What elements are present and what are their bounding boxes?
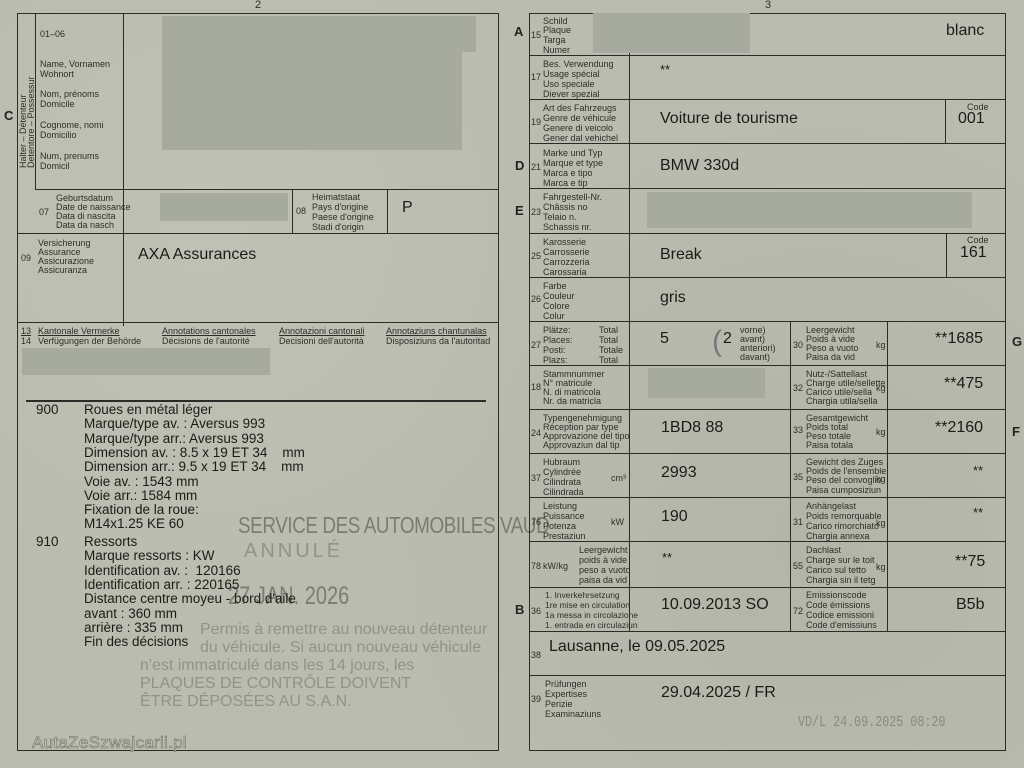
annotation-sub-de: Verfügungen der Behörde: [38, 336, 141, 346]
plate-label: Numer: [543, 45, 570, 55]
total-weight-value: **2160: [935, 419, 983, 437]
inspections-label: Perizie: [545, 699, 573, 709]
special-use-value: **: [660, 62, 670, 77]
annotation-header-it: Annotazioni cantonali: [279, 326, 365, 336]
page-number-right: 3: [765, 0, 771, 11]
payload-value: **475: [944, 375, 983, 393]
place-date-value: Lausanne, le 09.05.2025: [549, 638, 725, 656]
stamp-notice-line: du véhicule. Si aucun nouveau véhicule: [200, 639, 481, 657]
decision-code: 900: [36, 403, 59, 417]
side-letter-g: G: [1012, 334, 1022, 349]
decision-line: Voie av. : 1543 mm: [84, 475, 199, 489]
color-value: gris: [660, 289, 686, 307]
divider: [529, 453, 1006, 454]
empty-weight-number: 30: [793, 340, 803, 350]
make-model-number: 21: [531, 162, 541, 172]
special-use-label: Diever spezial: [543, 89, 600, 99]
trailer-load-label: Carico rimorchiato: [806, 521, 879, 531]
vehicle-type-number: 19: [531, 117, 541, 127]
decision-line: avant : 360 mm: [84, 607, 177, 621]
power-ratio-unit: kW/kg: [543, 561, 568, 571]
origin-label: Pays d'origine: [312, 202, 368, 212]
body-label: Carrozzeria: [543, 257, 590, 267]
trailer-load-label: Anhängelast: [806, 501, 856, 511]
decision-line: Fin des décisions: [84, 635, 188, 649]
power-number: 76: [531, 517, 541, 527]
side-letter-d: D: [515, 158, 524, 173]
trailer-load-label: Poids remorquable: [806, 511, 882, 521]
decision-line: arrière : 335 mm: [84, 621, 183, 635]
plate-number: 15: [531, 30, 541, 40]
side-letter-e: E: [515, 203, 524, 218]
roof-load-label: Charge sur le toit: [806, 555, 875, 565]
registration-document: 2 3 C Halter – Détenteur Detentore – Pos…: [0, 0, 1024, 768]
power-unit: kW: [611, 517, 624, 527]
seats-total-label: Totale: [599, 345, 623, 355]
total-weight-number: 33: [793, 425, 803, 435]
divider: [529, 631, 1006, 632]
divider: [529, 409, 1006, 410]
holder-label: Cognome, nomi: [40, 120, 104, 130]
power-value: 190: [661, 508, 688, 526]
redacted-chassis: [647, 192, 972, 228]
emission-code-number: 72: [793, 606, 803, 616]
train-weight-label: Peso del convoglio: [806, 475, 882, 485]
displacement-value: 2993: [661, 464, 697, 482]
power-ratio-value: **: [662, 550, 672, 565]
displacement-number: 37: [531, 473, 541, 483]
power-label: Prestaziun: [543, 531, 586, 541]
divider: [529, 321, 1006, 322]
insurance-value: AXA Assurances: [138, 246, 256, 264]
power-ratio-label: paisa da vid: [579, 575, 627, 585]
chassis-label: Telaio n.: [543, 212, 577, 222]
seats-total-label: Total: [599, 325, 618, 335]
annotation-number-13: 13: [21, 326, 31, 336]
insurance-label: Assicuranza: [38, 265, 87, 275]
type-approval-number: 24: [531, 428, 541, 438]
vehicle-type-code: 001: [958, 110, 985, 128]
side-letter-f: F: [1012, 424, 1020, 439]
seats-total-label: Total: [599, 355, 618, 365]
roof-load-label: Dachlast: [806, 545, 841, 555]
holder-label: Domicil: [40, 161, 70, 171]
inspections-label: Prüfungen: [545, 679, 587, 689]
decision-line: Roues en métal léger: [84, 403, 212, 417]
power-ratio-number: 78: [531, 561, 541, 571]
label-column-divider: [629, 13, 630, 631]
first-registration-value: 10.09.2013 SO: [661, 596, 769, 614]
plate-label: Targa: [543, 35, 566, 45]
train-weight-unit: kg: [876, 474, 886, 484]
special-use-label: Usage spécial: [543, 69, 600, 79]
page-number-left: 2: [255, 0, 261, 11]
roof-load-value: **75: [955, 553, 985, 571]
seats-number: 27: [531, 340, 541, 350]
stamp-notice-line: Permis à remettre au nouveau détenteur: [200, 621, 487, 639]
vehicle-type-value: Voiture de tourisme: [660, 110, 798, 128]
stamp-annule: ANNULÉ: [244, 540, 343, 563]
vehicle-type-label: Gener dal vehichel: [543, 133, 618, 143]
decision-line: Fixation de la roue:: [84, 503, 199, 517]
first-registration-label: 1. Inverkehrsetzung: [545, 590, 620, 600]
divider: [529, 365, 1006, 366]
divider: [529, 143, 1006, 144]
color-label: Farbe: [543, 281, 567, 291]
seats-label: Plätze:: [543, 325, 571, 335]
inspections-number: 39: [531, 694, 541, 704]
insurance-number: 09: [21, 253, 31, 263]
seats-front: 2: [723, 330, 732, 348]
power-label: Potenza: [543, 521, 576, 531]
bracket-icon: (: [712, 324, 722, 360]
chassis-number: 23: [531, 207, 541, 217]
decision-line: Marque/type av. : Aversus 993: [84, 417, 265, 431]
displacement-label: Cilindrata: [543, 477, 581, 487]
plate-label: Plaque: [543, 25, 571, 35]
trailer-load-number: 31: [793, 517, 803, 527]
redacted-plate: [593, 13, 750, 53]
seats-label: Plazs:: [543, 355, 568, 365]
make-model-label: Marca e tipo: [543, 168, 593, 178]
annotation-sub-fr: Décisions de l'autorité: [162, 336, 250, 346]
timestamp-stamp: VD/L 24.09.2025 08:20: [798, 714, 945, 731]
holder-vertical-label-2: Detentore – Possessur: [27, 76, 36, 168]
annotation-sub-it: Decisioni dell'autorità: [279, 336, 364, 346]
body-number: 25: [531, 251, 541, 261]
divider: [529, 233, 1006, 234]
origin-label: Heimatstaat: [312, 192, 360, 202]
body-label: Carrosserie: [543, 247, 590, 257]
divider: [529, 55, 1006, 56]
type-approval-value: 1BD8 88: [661, 419, 723, 437]
emission-code-label: Emissionscode: [806, 590, 867, 600]
trailer-load-unit: kg: [876, 518, 886, 528]
divider: [790, 587, 791, 631]
place-date-number: 38: [531, 650, 541, 660]
trailer-load-label: Chargia annexa: [806, 531, 870, 541]
make-model-value: BMW 330d: [660, 157, 739, 175]
seats-front-label: davant): [740, 352, 770, 362]
inspections-value: 29.04.2025 / FR: [661, 684, 776, 702]
make-model-label: Marke und Typ: [543, 148, 602, 158]
decision-line: Marque ressorts : KW: [84, 549, 215, 563]
stamp-notice-line: ÊTRE DÉPOSÉES AU S.A.N.: [140, 693, 352, 711]
divider: [123, 13, 124, 326]
holder-label: Domicilio: [40, 130, 77, 140]
roof-load-unit: kg: [876, 562, 886, 572]
divider: [529, 188, 1006, 189]
decision-code: 910: [36, 535, 59, 549]
annotation-header-fr: Annotations cantonales: [162, 326, 256, 336]
roof-load-number: 55: [793, 561, 803, 571]
color-label: Couleur: [543, 291, 575, 301]
total-weight-label: Paisa totala: [806, 440, 853, 450]
empty-weight-label: Paisa da vid: [806, 352, 855, 362]
decision-line: Distance centre moyeu - bord d'aile: [84, 592, 296, 606]
divider: [529, 675, 1006, 676]
vehicle-type-label: Art des Fahrzeugs: [543, 103, 617, 113]
stamp-notice-line: PLAQUES DE CONTRÔLE DOIVENT: [140, 675, 411, 693]
body-label: Carossaria: [543, 267, 587, 277]
divider: [17, 233, 499, 234]
color-number: 26: [531, 294, 541, 304]
first-registration-label: 1re mise en circulation: [545, 600, 630, 610]
power-label: Leistung: [543, 501, 577, 511]
emission-code-label: Codice emissioni: [806, 610, 874, 620]
annotation-header-de: Kantonale Vermerke: [38, 326, 120, 336]
power-label: Puissance: [543, 511, 585, 521]
matricule-label: Nr. da matricla: [543, 396, 601, 406]
train-weight-number: 35: [793, 472, 803, 482]
redacted-annotation: [22, 348, 270, 375]
annotation-header-rm: Annotaziuns chantunalas: [386, 326, 487, 336]
value-column-divider: [887, 321, 888, 587]
stamp-notice-line: n'est immatriculé dans les 14 jours, les: [140, 657, 414, 675]
seats-total: 5: [660, 330, 669, 348]
chassis-label: Châssis no: [543, 202, 588, 212]
plate-color: blanc: [946, 22, 984, 40]
holder-label: Domicile: [40, 99, 75, 109]
divider: [945, 99, 946, 143]
emission-code-label: Code d'emissiuns: [806, 620, 877, 630]
stamp-service-line: SERVICE DES AUTOMOBILES VAUD: [238, 512, 549, 539]
origin-label: Stadi d'origin: [312, 222, 364, 232]
train-weight-label: Paisa cumposiziun: [806, 485, 881, 495]
special-use-number: 17: [531, 72, 541, 82]
type-approval-label: Approvaziun dal tip: [543, 440, 620, 450]
body-value: Break: [660, 246, 702, 264]
divider: [17, 322, 499, 323]
side-letter-c: C: [4, 108, 13, 123]
roof-load-label: Carico sul tetto: [806, 565, 866, 575]
vehicle-type-label: Genre de véhicule: [543, 113, 616, 123]
seats-total-label: Total: [599, 335, 618, 345]
color-label: Colore: [543, 301, 570, 311]
decision-line: Identification av. : 120166: [84, 564, 241, 578]
empty-weight-unit: kg: [876, 340, 886, 350]
power-ratio-label: peso a vuoto: [579, 565, 631, 575]
power-ratio-label: poids à vide: [579, 555, 627, 565]
emission-code-value: B5b: [956, 596, 984, 614]
redacted-birthdate: [160, 193, 288, 221]
redacted-holder-address: [162, 40, 462, 150]
center-column-divider: [790, 321, 791, 587]
divider: [35, 189, 499, 190]
inspections-label: Expertises: [545, 689, 587, 699]
inspections-label: Examinaziuns: [545, 709, 601, 719]
payload-label: Chargia utila/sella: [806, 396, 878, 406]
seats-label: Places:: [543, 335, 573, 345]
train-weight-value: **: [973, 463, 983, 478]
divider: [529, 497, 1006, 498]
redacted-matricule: [648, 368, 765, 398]
vehicle-type-label: Genere di veicolo: [543, 123, 613, 133]
holder-label: Name, Vornamen: [40, 59, 110, 69]
divider: [887, 587, 888, 631]
make-model-label: Marca e tip: [543, 178, 588, 188]
divider: [529, 587, 1006, 588]
holder-label: Wohnort: [40, 69, 74, 79]
decision-line: Identification arr. : 220165: [84, 578, 239, 592]
birthdate-label: Data da nasch: [56, 220, 114, 230]
side-letter-b: B: [515, 602, 524, 617]
divider: [292, 189, 293, 233]
side-letter-a: A: [514, 24, 523, 39]
special-use-label: Bes. Verwendung: [543, 59, 614, 69]
roof-load-label: Chargia sin il tetg: [806, 575, 876, 585]
total-weight-unit: kg: [876, 427, 886, 437]
holder-label: Num, prenums: [40, 151, 99, 161]
birthdate-number: 07: [39, 207, 49, 217]
displacement-unit: cm³: [611, 473, 626, 483]
payload-number: 32: [793, 383, 803, 393]
divider: [529, 277, 1006, 278]
special-use-label: Uso speciale: [543, 79, 595, 89]
trailer-load-value: **: [973, 505, 983, 520]
first-registration-label: 1. entrada en circulaziun: [545, 620, 638, 630]
decision-line: Dimension av. : 8.5 x 19 ET 34 mm: [84, 446, 305, 460]
payload-unit: kg: [876, 383, 886, 393]
color-label: Colur: [543, 311, 565, 321]
displacement-label: Cilindrada: [543, 487, 584, 497]
power-ratio-label: Leergewicht: [579, 545, 628, 555]
holder-number: 01–06: [40, 29, 65, 39]
empty-weight-value: **1685: [935, 330, 983, 348]
decision-line: Voie arr.: 1584 mm: [84, 489, 197, 503]
decision-line: M14x1.25 KE 60: [84, 517, 184, 531]
decision-line: Dimension arr.: 9.5 x 19 ET 34 mm: [84, 460, 304, 474]
divider: [529, 541, 1006, 542]
first-registration-number: 36: [531, 606, 541, 616]
decision-line: Ressorts: [84, 535, 137, 549]
annotation-number-14: 14: [21, 336, 31, 346]
seats-label: Posti:: [543, 345, 566, 355]
body-code: 161: [960, 244, 987, 262]
make-model-label: Marque et type: [543, 158, 603, 168]
body-label: Karosserie: [543, 237, 586, 247]
chassis-label: Fahrgestell-Nr.: [543, 192, 602, 202]
annotation-sub-rm: Disposiziuns da l'autoritad: [386, 336, 490, 346]
divider: [946, 233, 947, 277]
divider: [387, 189, 388, 233]
displacement-label: Cylindrée: [543, 467, 581, 477]
displacement-label: Hubraum: [543, 457, 580, 467]
holder-label: Nom, prénoms: [40, 89, 99, 99]
origin-label: Paese d'origine: [312, 212, 374, 222]
watermark: AutaZeSzwajcarii.pl: [32, 733, 187, 753]
emission-code-label: Code émissions: [806, 600, 870, 610]
origin-value: P: [402, 199, 413, 217]
origin-number: 08: [296, 206, 306, 216]
divider: [529, 99, 1006, 100]
chassis-label: Schassis nr.: [543, 222, 592, 232]
decision-line: Marque/type arr.: Aversus 993: [84, 432, 264, 446]
matricule-number: 18: [531, 382, 541, 392]
first-registration-label: 1a messa in circolazione: [545, 610, 638, 620]
